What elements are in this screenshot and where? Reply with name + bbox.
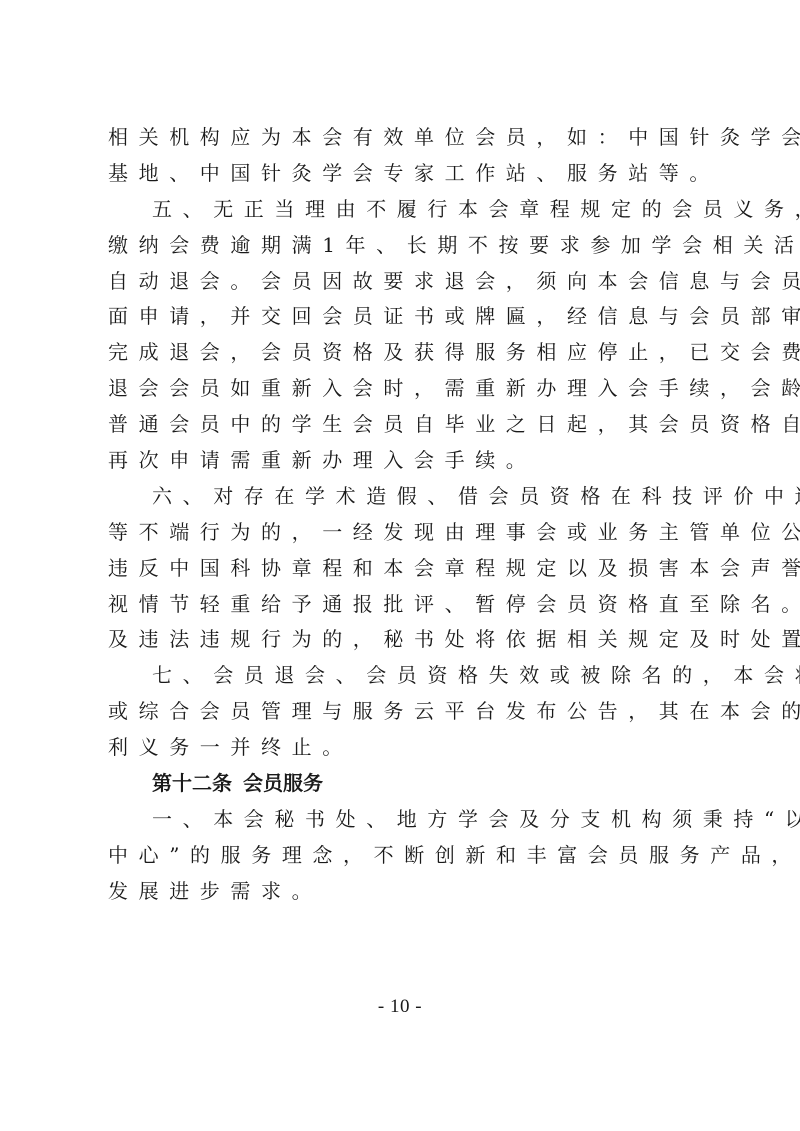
page-number: - 10 - bbox=[0, 996, 800, 1018]
section-heading: 第十二条 会员服务 bbox=[108, 766, 708, 802]
text-line: 自动退会。会员因故要求退会，须向本会信息与会员部提出书 bbox=[108, 264, 708, 300]
paragraph-item-5: 五、无正当理由不履行本会章程规定的会员义务，不按时 缴纳会费逾期满1年、长期不按… bbox=[108, 192, 708, 479]
text-line: 中心”的服务理念，不断创新和丰富会员服务产品，满足会员 bbox=[108, 838, 708, 874]
text-line: 违反中国科协章程和本会章程规定以及损害本会声誉行为的， bbox=[108, 551, 708, 587]
text-line: 普通会员中的学生会员自毕业之日起，其会员资格自行失效， bbox=[108, 407, 708, 443]
text-line: 及违法违规行为的，秘书处将依据相关规定及时处置。 bbox=[108, 622, 708, 658]
text-line: 缴纳会费逾期满1年、长期不按要求参加学会相关活动的，视为 bbox=[108, 228, 708, 264]
document-body: 相关机构应为本会有效单位会员，如：中国针灸学会科普教育 基地、中国针灸学会专家工… bbox=[108, 120, 708, 910]
paragraph-item-6: 六、对存在学术造假、借会员资格在科技评价中违规谋利 等不端行为的，一经发现由理事… bbox=[108, 479, 708, 658]
text-line: 面申请，并交回会员证书或牌匾，经信息与会员部审核备案后 bbox=[108, 299, 708, 335]
paragraph-item-7: 七、会员退会、会员资格失效或被除名的，本会将在官网 或综合会员管理与服务云平台发… bbox=[108, 658, 708, 766]
text-line: 退会会员如重新入会时，需重新办理入会手续，会龄重新计算。 bbox=[108, 371, 708, 407]
text-line: 相关机构应为本会有效单位会员，如：中国针灸学会科普教育 bbox=[108, 120, 708, 156]
text-line: 七、会员退会、会员资格失效或被除名的，本会将在官网 bbox=[108, 658, 708, 694]
text-line: 五、无正当理由不履行本会章程规定的会员义务，不按时 bbox=[108, 192, 708, 228]
document-page: 相关机构应为本会有效单位会员，如：中国针灸学会科普教育 基地、中国针灸学会专家工… bbox=[0, 0, 800, 1131]
text-line: 或综合会员管理与服务云平台发布公告，其在本会的职务和权 bbox=[108, 694, 708, 730]
text-line: 利义务一并终止。 bbox=[108, 730, 708, 766]
text-line: 完成退会，会员资格及获得服务相应停止，已交会费不退。已 bbox=[108, 335, 708, 371]
text-line: 等不端行为的，一经发现由理事会或业务主管单位公告除名； bbox=[108, 515, 708, 551]
text-line: 六、对存在学术造假、借会员资格在科技评价中违规谋利 bbox=[108, 479, 708, 515]
text-line: 再次申请需重新办理入会手续。 bbox=[108, 443, 708, 479]
text-line: 发展进步需求。 bbox=[108, 874, 708, 910]
text-line: 一、本会秘书处、地方学会及分支机构须秉持“以会员为 bbox=[108, 802, 708, 838]
text-line: 基地、中国针灸学会专家工作站、服务站等。 bbox=[108, 156, 708, 192]
paragraph-service-item-1: 一、本会秘书处、地方学会及分支机构须秉持“以会员为 中心”的服务理念，不断创新和… bbox=[108, 802, 708, 910]
text-line: 视情节轻重给予通报批评、暂停会员资格直至除名。会员如涉 bbox=[108, 587, 708, 623]
paragraph-continuation: 相关机构应为本会有效单位会员，如：中国针灸学会科普教育 基地、中国针灸学会专家工… bbox=[108, 120, 708, 192]
